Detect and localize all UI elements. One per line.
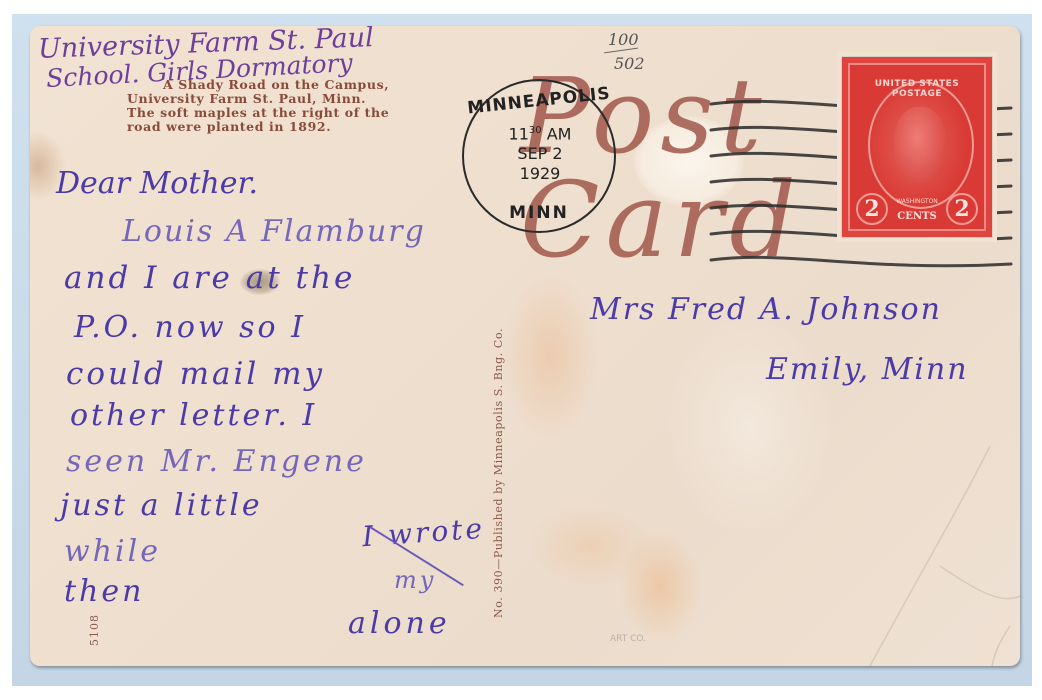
postmark-hour: 11	[509, 124, 529, 143]
caption-line: A Shady Road on the Campus,	[127, 78, 389, 92]
message-closing-line: my	[394, 566, 436, 594]
serial-number: 5108	[88, 614, 101, 646]
message-line: P.O. now so I	[74, 310, 306, 345]
printed-caption: A Shady Road on the Campus, University F…	[127, 78, 389, 134]
stamp-frame: UNITED STATES POSTAGE WASHINGTON 2 2 CEN…	[848, 63, 986, 231]
pencil-note-top: 100	[608, 30, 639, 49]
message-line: then	[64, 574, 144, 609]
message-line: and I are at the	[64, 260, 355, 296]
message-line: Louis A Flamburg	[122, 214, 426, 249]
message-line: could mail my	[66, 356, 325, 392]
postcard: University Farm St. Paul School. Girls D…	[30, 26, 1020, 666]
washington-portrait-icon	[894, 107, 946, 183]
faint-imprint: ART CO.	[610, 634, 646, 644]
message-line: just a little	[60, 488, 263, 523]
postmark-city: MINNEAPOLIS	[463, 83, 614, 119]
address-line-1: Mrs Fred A. Johnson	[590, 292, 942, 327]
postmark-time: 1130 AM	[500, 121, 580, 144]
postmark-meridiem: AM	[547, 124, 572, 143]
publisher-imprint: No. 390—Published by Minneapolis S. Bng.…	[492, 328, 505, 618]
address-line-2: Emily, Minn	[766, 352, 969, 387]
caption-line: road were planted in 1892.	[127, 120, 389, 134]
stamp-country: UNITED STATES POSTAGE	[850, 79, 984, 99]
postage-stamp: UNITED STATES POSTAGE WASHINGTON 2 2 CEN…	[841, 56, 993, 238]
postmark-date: SEP 2	[500, 144, 580, 164]
postmark: MINNEAPOLIS 1130 AM SEP 2 1929 MINN	[462, 79, 616, 233]
message-closing-line: alone	[348, 606, 451, 641]
message-line: while	[64, 534, 161, 569]
stamp-unit: CENTS	[850, 211, 984, 222]
message-greeting: Dear Mother.	[56, 166, 258, 201]
paper-crease	[810, 446, 1020, 666]
postmark-minutes: 30	[529, 125, 542, 136]
postmark-state: MINN	[464, 203, 614, 223]
postmark-year: 1929	[500, 164, 580, 184]
postmark-datetime: 1130 AM SEP 2 1929	[500, 121, 580, 184]
message-line: seen Mr. Engene	[66, 444, 367, 479]
caption-line: The soft maples at the right of the	[127, 106, 389, 120]
pencil-note-bottom: 502	[614, 54, 645, 73]
caption-line: University Farm St. Paul, Minn.	[127, 92, 389, 106]
message-line: other letter. I	[70, 398, 317, 433]
